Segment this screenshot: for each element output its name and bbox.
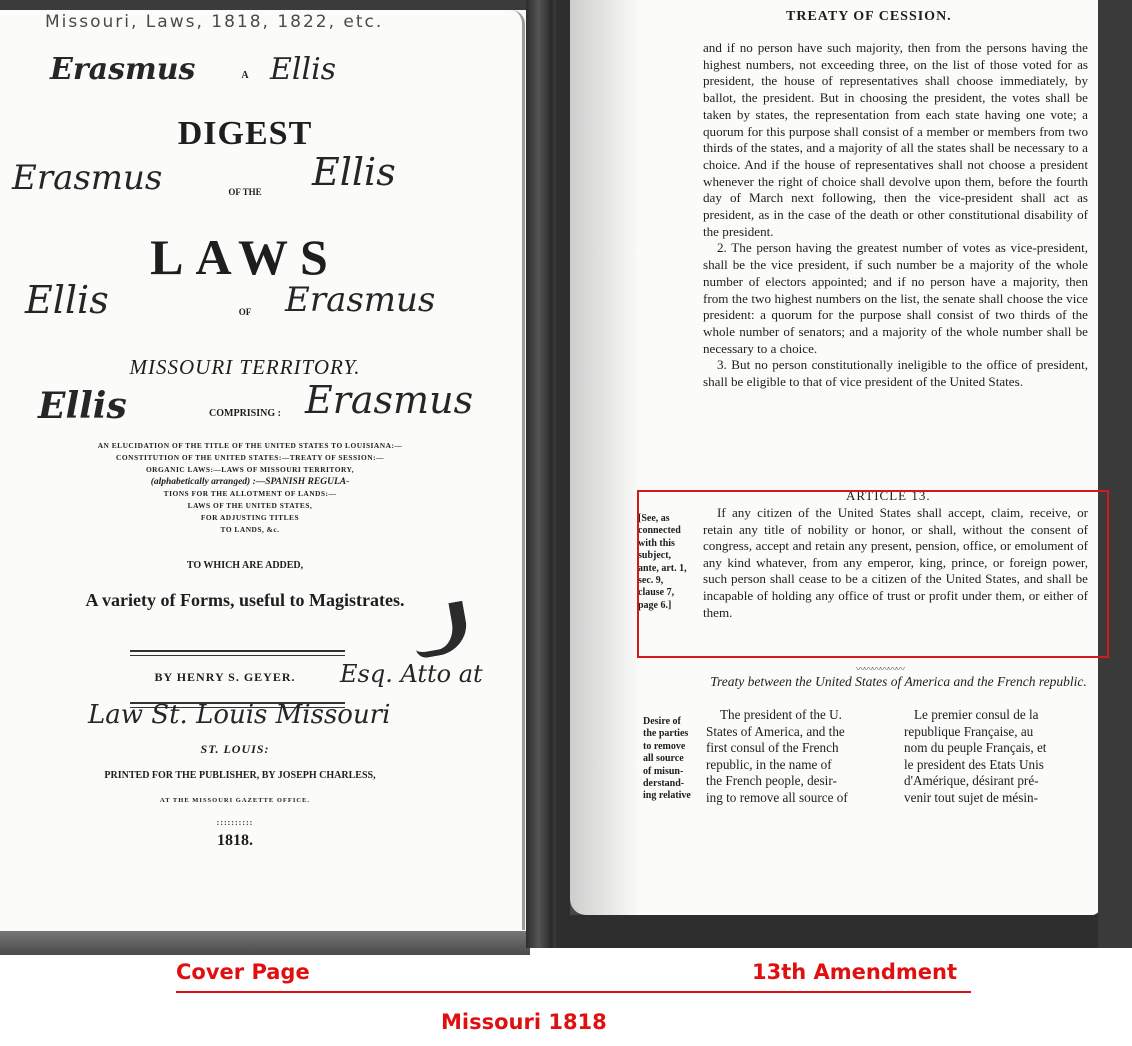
title-of: OF [0, 307, 490, 317]
french-line: venir tout sujet de mésin- [904, 790, 1092, 807]
french-line: le president des Etats Unis [904, 757, 1092, 774]
treaty-heading: TREATY OF CESSION. [786, 9, 952, 25]
english-line: first consul of the French [706, 740, 898, 757]
caption-cover-page: Cover Page [176, 960, 310, 984]
contents-line: TIONS FOR THE ALLOTMENT OF LANDS:— [30, 488, 470, 500]
english-line: republic, in the name of [706, 757, 898, 774]
margin-note-line: ing relative [643, 790, 703, 802]
french-column: Le premier consul de la republique Franç… [904, 707, 1092, 807]
french-line: nom du peuple Français, et [904, 740, 1092, 757]
handwritten-top-note: Missouri, Laws, 1818, 1822, etc. [45, 12, 383, 32]
treaty-paragraph: 3. But no person constitutionally inelig… [703, 357, 1088, 390]
caption-underline [176, 991, 971, 993]
title-missouri-territory: MISSOURI TERRITORY. [0, 355, 490, 380]
margin-note-line: the parties [643, 728, 703, 740]
title-article-a: A [0, 70, 490, 81]
french-line: republique Française, au [904, 724, 1092, 741]
cover-page-scan: Missouri, Laws, 1818, 1822, etc. Erasmus… [0, 0, 530, 955]
contents-line: FOR ADJUSTING TITLES [30, 512, 470, 524]
article-13-highlight-box [637, 490, 1109, 658]
imprint-office: AT THE MISSOURI GAZETTE OFFICE. [0, 797, 470, 804]
contents-line: AN ELUCIDATION OF THE TITLE OF THE UNITE… [30, 440, 470, 452]
english-line: the French people, desir- [706, 773, 898, 790]
margin-note-line: of misun- [643, 766, 703, 778]
margin-note-line: to remove [643, 741, 703, 753]
contents-list: AN ELUCIDATION OF THE TITLE OF THE UNITE… [30, 440, 470, 536]
english-line: States of America, and the [706, 724, 898, 741]
contents-line: CONSTITUTION OF THE UNITED STATES:—TREAT… [30, 452, 470, 464]
english-column: The president of the U. States of Americ… [706, 707, 898, 807]
french-line: Le premier consul de la [904, 707, 1092, 724]
handwritten-place: Law St. Louis Missouri [88, 700, 390, 730]
imprint-year: 1818. [0, 832, 470, 850]
french-treaty-margin-note: Desire of the parties to remove all sour… [643, 716, 703, 803]
to-which-are-added: TO WHICH ARE ADDED, [0, 560, 490, 571]
title-digest: DIGEST [0, 115, 490, 153]
contents-line: (alphabetically arranged) :—SPANISH REGU… [30, 476, 470, 488]
margin-note-line: Desire of [643, 716, 703, 728]
title-laws: LAWS [0, 228, 490, 286]
divider-rule [130, 650, 345, 656]
comprising-label: COMPRISING : [0, 408, 490, 419]
margin-note-line: derstand- [643, 778, 703, 790]
contents-line: LAWS OF THE UNITED STATES, [30, 500, 470, 512]
caption-missouri-1818: Missouri 1818 [441, 1010, 607, 1034]
imprint-printer: PRINTED FOR THE PUBLISHER, BY JOSEPH CHA… [0, 770, 480, 781]
handwritten-byline: Esq. Atto at [340, 660, 483, 688]
contents-line: TO LANDS, &c. [30, 524, 470, 536]
title-of-the: OF THE [0, 187, 490, 197]
margin-note-line: all source [643, 753, 703, 765]
french-treaty-title: Treaty between the United States of Amer… [706, 673, 1091, 690]
treaty-content: TREATY OF CESSION. and if no person have… [556, 0, 1132, 948]
english-line: ing to remove all source of [706, 790, 898, 807]
caption-13th-amendment: 13th Amendment [752, 960, 957, 984]
ornament: :::::::::: [0, 818, 470, 827]
english-line: The president of the U. [706, 707, 898, 724]
treaty-paragraph: 2. The person having the greatest number… [703, 240, 1088, 357]
contents-line: ORGANIC LAWS:—LAWS OF MISSOURI TERRITORY… [30, 464, 470, 476]
handwritten-name: Ellis [38, 385, 127, 427]
treaty-body: and if no person have such majority, the… [703, 40, 1088, 391]
french-line: d'Amérique, désirant pré- [904, 773, 1092, 790]
treaty-paragraph: and if no person have such majority, the… [703, 40, 1088, 240]
imprint-place: ST. LOUIS: [0, 742, 470, 757]
